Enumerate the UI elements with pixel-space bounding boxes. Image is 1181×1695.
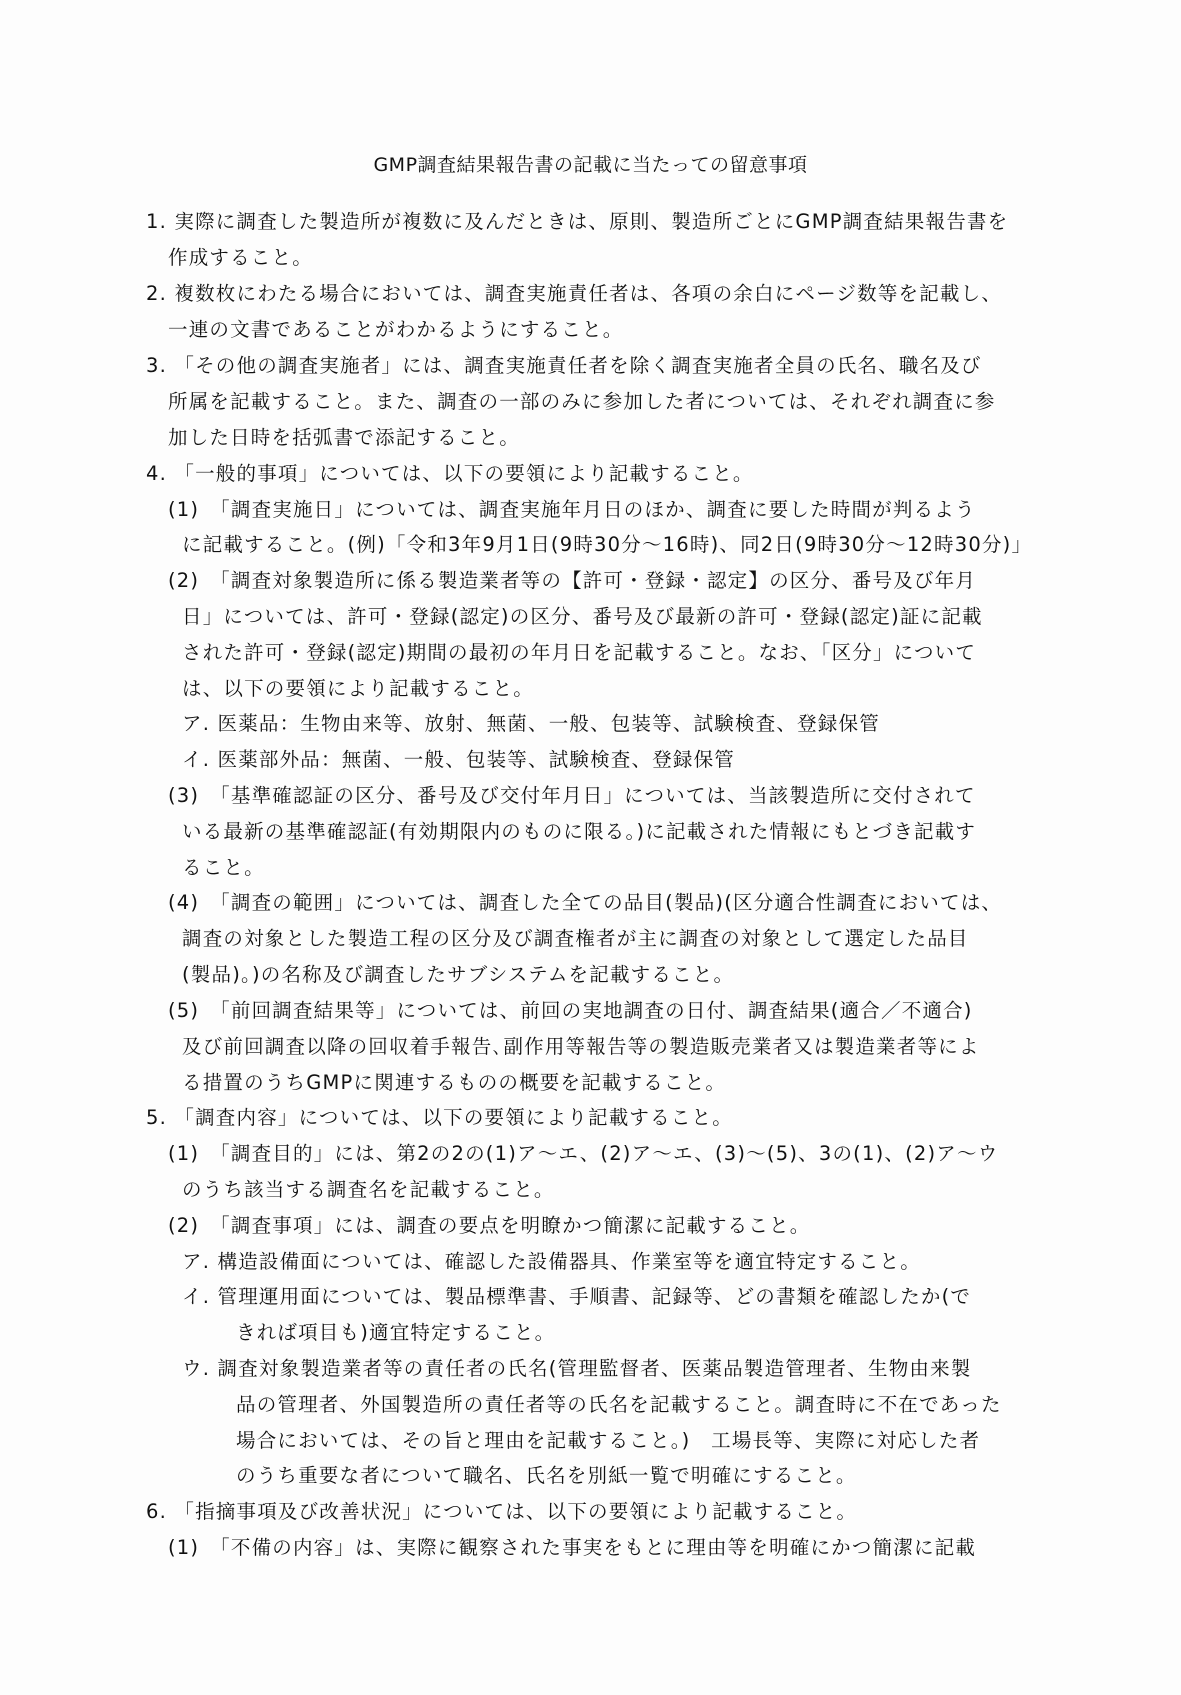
text-line: (3) 「基準確認証の区分、番号及び交付年月日」については、当該製造所に交付され…: [168, 784, 976, 808]
text-line: (製品)。)の名称及び調査したサブシステムを記載すること。: [182, 963, 734, 987]
text-line: イ. 医薬部外品：無菌、一般、包装等、試験検査、登録保管: [182, 748, 735, 772]
text-line: は、以下の要領により記載すること。: [182, 677, 534, 701]
text-line: 及び前回調査以降の回収着手報告､副作用等報告等の製造販売業者又は製造業者等によ: [182, 1035, 980, 1059]
text-line: のうち重要な者について職名、氏名を別紙一覧で明確にすること。: [236, 1464, 857, 1488]
text-line: 一連の文書であることがわかるようにすること。: [168, 318, 623, 342]
text-line: (2) 「調査事項」には、調査の要点を明瞭かつ簡潔に記載すること。: [168, 1214, 810, 1238]
text-line: (1) 「調査実施日」については、調査実施年月日のほか、調査に要した時間が判るよ…: [168, 498, 976, 522]
text-line: ること。: [182, 856, 265, 880]
text-line: (5) 「前回調査結果等」については、前回の実地調査の日付、調査結果(適合／不適…: [168, 999, 973, 1023]
text-line: 作成すること。: [168, 246, 313, 270]
text-line: ウ. 調査対象製造業者等の責任者の氏名(管理監督者、医薬品製造管理者、生物由来製: [182, 1357, 972, 1381]
document-page: GMP調査結果報告書の記載に当たっての留意事項 1. 実際に調査した製造所が複数…: [0, 0, 1181, 1695]
text-line: 所属を記載すること。また、調査の一部のみに参加した者については、それぞれ調査に参: [168, 390, 996, 414]
text-line: 1. 実際に調査した製造所が複数に及んだときは、原則、製造所ごとにGMP調査結果…: [146, 210, 1008, 234]
text-line: 加した日時を括弧書で添記すること。: [168, 426, 520, 450]
text-line: のうち該当する調査名を記載すること。: [182, 1178, 555, 1202]
text-line: 2. 複数枚にわたる場合においては、調査実施責任者は、各項の余白にページ数等を記…: [146, 282, 1002, 306]
text-line: ア. 構造設備面については、確認した設備器具、作業室等を適宜特定すること。: [182, 1250, 921, 1274]
text-line: に記載すること。(例)「令和3年9月1日(9時30分～16時)、同2日(9時30…: [182, 533, 1032, 557]
text-line: ア. 医薬品：生物由来等、放射、無菌、一般、包装等、試験検査、登録保管: [182, 712, 880, 736]
text-line: きれば項目も)適宜特定すること。: [236, 1321, 555, 1345]
text-line: いる最新の基準確認証(有効期限内のものに限る。)に記載された情報にもとづき記載す: [182, 820, 976, 844]
text-line: (2) 「調査対象製造所に係る製造業者等の【許可・登録・認定】の区分、番号及び年…: [168, 569, 976, 593]
text-line: (4) 「調査の範囲」については、調査した全ての品目(製品)(区分適合性調査にお…: [168, 891, 1002, 915]
text-line: された許可・登録(認定)期間の最初の年月日を記載すること。なお、「区分」について: [182, 641, 976, 665]
text-line: 5. 「調査内容」については、以下の要領により記載すること。: [146, 1106, 733, 1130]
text-line: (1) 「不備の内容」は、実際に観察された事実をもとに理由等を明確にかつ簡潔に記…: [168, 1536, 976, 1560]
text-line: 日」については、許可・登録(認定)の区分、番号及び最新の許可・登録(認定)証に記…: [182, 605, 983, 629]
text-line: る措置のうちGMPに関連するものの概要を記載すること。: [182, 1071, 726, 1095]
text-line: 品の管理者、外国製造所の責任者等の氏名を記載すること。調査時に不在であった: [236, 1393, 1002, 1417]
text-line: イ. 管理運用面については、製品標準書、手順書、記録等、どの書類を確認したか(で: [182, 1285, 971, 1309]
text-line: 3. 「その他の調査実施者」には、調査実施責任者を除く調査実施者全員の氏名、職名…: [146, 354, 982, 378]
text-line: 場合においては、その旨と理由を記載すること。) 工場長等、実際に対応した者: [236, 1429, 980, 1453]
text-line: (1) 「調査目的」には、第2の2の(1)ア～エ、(2)ア～エ、(3)～(5)、…: [168, 1142, 998, 1166]
text-line: 調査の対象とした製造工程の区分及び調査権者が主に調査の対象として選定した品目: [182, 927, 969, 951]
text-line: 4. 「一般的事項」については、以下の要領により記載すること。: [146, 462, 754, 486]
document-title: GMP調査結果報告書の記載に当たっての留意事項: [0, 150, 1181, 177]
text-line: 6. 「指摘事項及び改善状況」については、以下の要領により記載すること。: [146, 1500, 857, 1524]
